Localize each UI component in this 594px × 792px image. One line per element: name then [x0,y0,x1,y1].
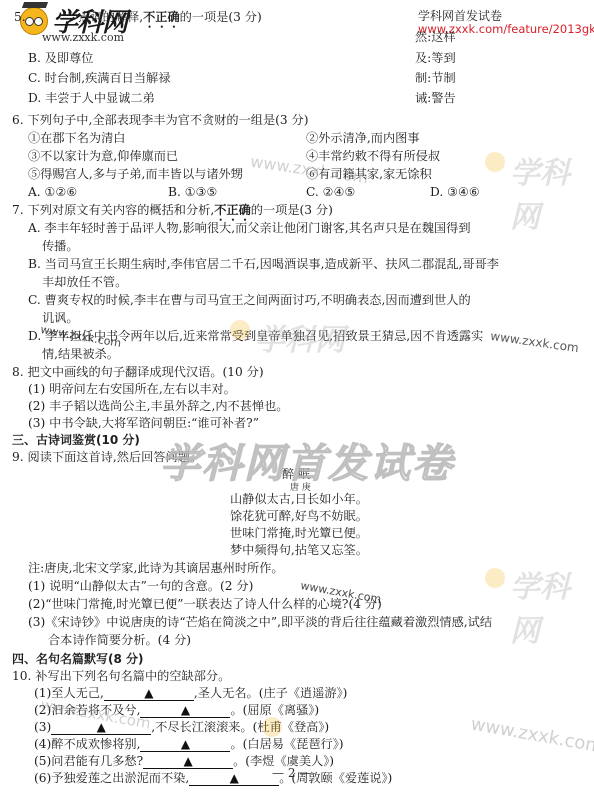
q5-stem: 5. 下列对加5. 下列对加点词的解释,点词的解释,不正确的一项是(3 分) [14,9,262,31]
q7-option-c-line1: C. 曹爽专权的时候,李丰在曹与司马宣王之间两面讨巧,不明确表态,因而遭到世人的 [28,292,471,308]
q6-item-3: ③不以家计为意,仰俸廪而已 [28,148,178,164]
q9-question-3-line1: (3)《宋诗钞》中说唐庚的诗“芒焰在简淡之中”,即平淡的背后往往蕴藏着激烈情感,… [28,614,492,630]
q5-option-a: www.zxxk.com [42,29,124,46]
poem-line-4: 梦中频得句,拈笔又忘筌。 [230,542,368,558]
q8-item-1: (1) 明帝问左右安国所在,左右以丰对。 [28,381,236,397]
q5-gloss-d: 诫:警告 [415,90,456,106]
q5-gloss-c: 制:节制 [415,70,456,86]
q8-stem: 8. 把文中画线的句子翻译成现代汉语。(10 分) [12,364,264,380]
q10-item-6: (6)予独爱莲之出淤泥而不染,▲。(周敦颐《爱莲说》) [34,770,392,786]
watermark-logo: 学科网 [510,148,594,236]
poem-line-1: 山静似太古,日长如小年。 [230,491,368,507]
q6-item-2: ②外示清净,而内图事 [306,130,420,146]
q6-item-5: ⑤得赐宫人,多与子弟,而丰皆以与诸外甥 [28,166,243,182]
q7-option-d-line1: D. 李丰担任中书令两年以后,近来常常受到皇帝单独召见,招致景王猜忌,因不肯透露… [28,328,483,344]
answer-blank-2[interactable]: ▲ [140,703,230,718]
q5-number: 5. [14,9,26,25]
q5-emphasis: 不正确 [143,10,180,24]
answer-blank-6[interactable]: ▲ [189,771,279,786]
q6-choice-a: A. ①②⑥ [28,184,77,200]
watermark-mascot-icon [230,320,250,340]
poem-line-2: 馀花犹可醉,好鸟不妨眠。 [230,508,368,524]
q7-option-c-line2: 讥讽。 [42,310,79,326]
q7-emphasis: 不正确 [214,203,251,217]
q5-option-b: B. 及即尊位 [28,50,93,66]
q7-option-a-line2: 传播。 [42,238,79,254]
q8-item-3: (3) 中书令缺,大将军谘问朝臣:“谁可补者?” [28,415,259,431]
watermark-logo: 学科网 [510,562,594,650]
q5-option-c: C. 时台制,疾满百日当解禄 [28,70,170,86]
q6-choice-b: B. ①③⑤ [168,184,217,200]
section-3-title: 三、古诗词鉴赏(10 分) [12,432,140,448]
q6-item-4: ④丰常约敕不得有所侵叔 [306,148,440,164]
q6-item-1: ①在郡下名为清白 [28,130,126,146]
q9-question-3-line2: 合本诗作简要分析。(4 分) [48,632,191,648]
q9-stem: 9. 阅读下面这首诗,然后回答问题。 [12,449,202,465]
q6-stem: 6. 下列句子中,全部表现李丰为官不贪财的一组是(3 分) [12,112,308,128]
watermark-mascot-icon [485,568,505,588]
poem-note: 注:唐庚,北宋文学家,此诗为其谪居惠州时所作。 [28,560,284,576]
q7-option-d-line2: 情,结果被杀。 [42,346,119,362]
q10-stem: 10. 补写出下列名句名篇中的空缺部分。 [12,668,230,684]
q7-option-a-line1: A. 李丰年轻时善于品评人物,影响很大,而父亲让他闭门谢客,其名声只是在魏国得到 [28,220,471,236]
watermark-mascot-icon [485,152,505,172]
q6-item-6: ⑥有司籍其家,家无馀积 [306,166,432,182]
poem-line-3: 世味门常掩,时光簟已便。 [230,525,368,541]
q8-item-2: (2) 丰子韬以选尚公主,丰虽外辞之,内不甚惮也。 [28,398,288,414]
q7-option-b-line2: 丰却放任不管。 [42,274,127,290]
answer-blank-3[interactable]: ▲ [51,720,151,735]
page-number: — 2 — [272,766,311,780]
watermark-url: www.zxxk.com [469,714,594,758]
q10-item-2: (2)汩余若将不及兮,▲。(屈原《离骚》) [34,702,319,718]
watermark-url: www.zxxk.com [489,329,579,355]
answer-blank-4[interactable]: ▲ [140,737,230,752]
section-4-title: 四、名句名篇默写(8 分) [12,651,144,667]
q10-item-4: (4)醉不成欢惨将别,▲。(白居易《琵琶行》) [34,736,344,752]
q5-gloss-b: 及:等到 [415,50,456,66]
q6-choice-d: D. ③④⑥ [430,184,480,200]
answer-blank-1[interactable]: ▲ [104,686,194,701]
answer-blank-5[interactable]: ▲ [143,754,233,769]
q5-gloss-a: 然:这样 [415,29,456,45]
q10-item-3: (3)▲,不尽长江滚滚来。(杜甫《登高》) [34,719,329,735]
watermark-mascot-icon [262,717,282,737]
q10-item-1: (1)至人无己,▲,圣人无名。(庄子《逍遥游》) [34,685,347,701]
q6-choice-c: C. ②④⑤ [306,184,355,200]
q9-question-1: (1) 说明“山静似太古”一句的含意。(2 分) [28,578,253,594]
q5-option-d: D. 丰尝于人中显诚二弟 [28,90,155,106]
q7-option-b-line1: B. 当司马宣王长期生病时,李伟官居二千石,因喝酒误事,造成新平、扶风二郡混乱,… [28,256,499,272]
q9-question-2: (2)“世味门常掩,时光簟已便”一联表达了诗人什么样的心境?(4 分) [28,596,382,612]
